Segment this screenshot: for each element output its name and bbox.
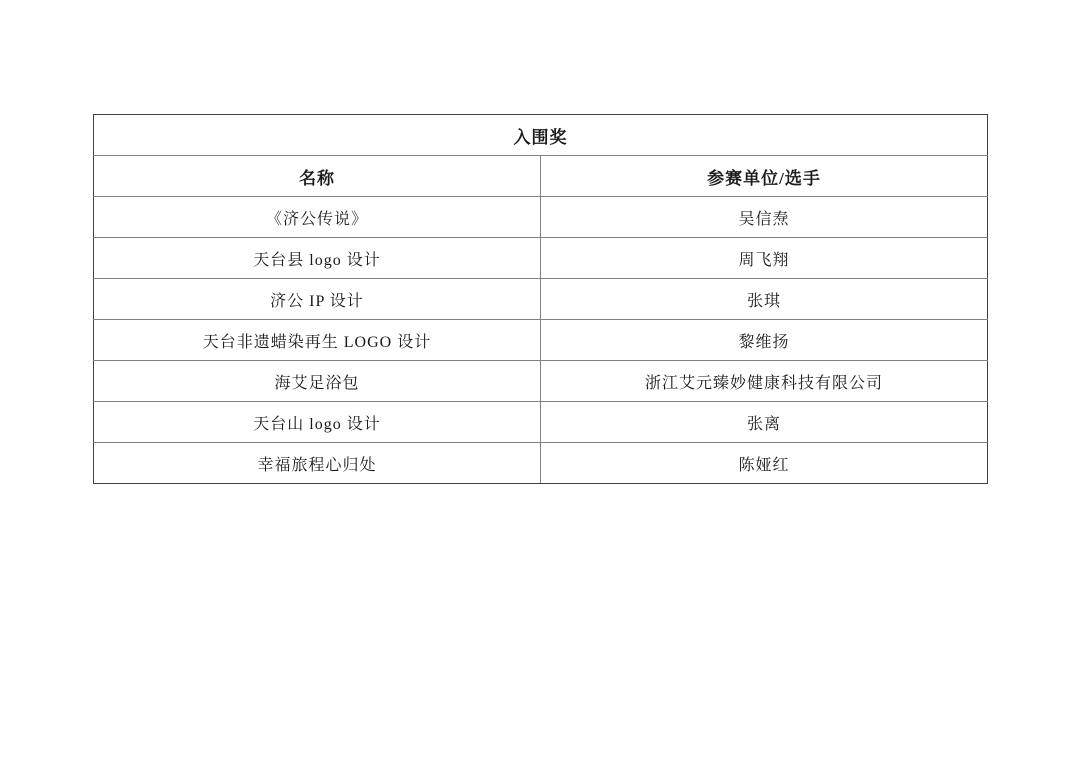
name-cell: 天台非遗蜡染再生 LOGO 设计: [94, 320, 541, 361]
name-cell: 《济公传说》: [94, 197, 541, 238]
name-cell: 济公 IP 设计: [94, 279, 541, 320]
table-row: 天台山 logo 设计 张离: [94, 402, 988, 443]
column-header-name: 名称: [94, 156, 541, 197]
table-title-row: 入围奖: [94, 115, 988, 156]
name-cell: 幸福旅程心归处: [94, 443, 541, 484]
entrant-cell: 黎维扬: [541, 320, 988, 361]
table-header-row: 名称 参赛单位/选手: [94, 156, 988, 197]
table-title: 入围奖: [94, 115, 988, 156]
entrant-cell: 张离: [541, 402, 988, 443]
table-row: 济公 IP 设计 张琪: [94, 279, 988, 320]
table-row: 天台非遗蜡染再生 LOGO 设计 黎维扬: [94, 320, 988, 361]
table-row: 天台县 logo 设计 周飞翔: [94, 238, 988, 279]
entrant-cell: 张琪: [541, 279, 988, 320]
document-page: 入围奖 名称 参赛单位/选手 《济公传说》 吴信焘 天台县 logo 设计 周飞…: [0, 0, 1080, 763]
table-row: 《济公传说》 吴信焘: [94, 197, 988, 238]
entrant-cell: 陈娅红: [541, 443, 988, 484]
column-header-entrant: 参赛单位/选手: [541, 156, 988, 197]
table-row: 海艾足浴包 浙江艾元臻妙健康科技有限公司: [94, 361, 988, 402]
name-cell: 天台县 logo 设计: [94, 238, 541, 279]
award-table: 入围奖 名称 参赛单位/选手 《济公传说》 吴信焘 天台县 logo 设计 周飞…: [93, 114, 988, 484]
table-row: 幸福旅程心归处 陈娅红: [94, 443, 988, 484]
entrant-cell: 周飞翔: [541, 238, 988, 279]
name-cell: 海艾足浴包: [94, 361, 541, 402]
name-cell: 天台山 logo 设计: [94, 402, 541, 443]
entrant-cell: 浙江艾元臻妙健康科技有限公司: [541, 361, 988, 402]
entrant-cell: 吴信焘: [541, 197, 988, 238]
